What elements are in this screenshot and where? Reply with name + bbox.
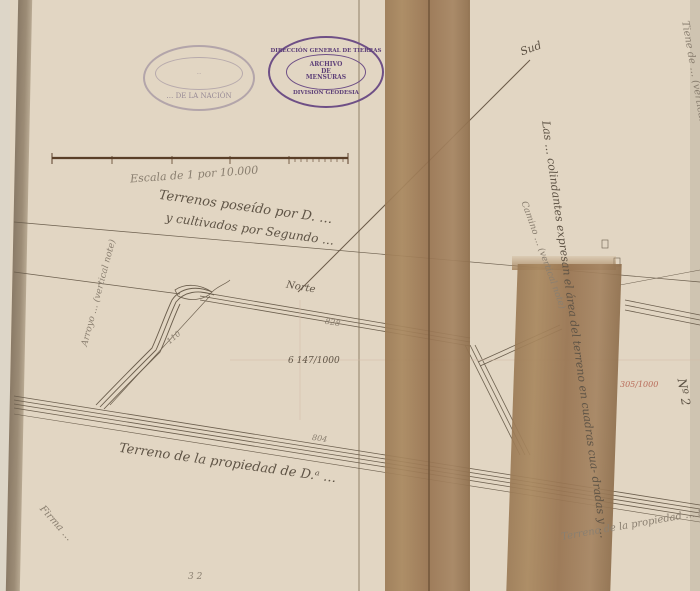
stamp-inner: … [155,57,243,90]
stamp-archivo-mensuras: DIRECCIÓN GENERAL DE TIERRAS ARCHIVO DE … [268,36,384,108]
label-area-right: 305/1000 [620,380,658,389]
scale-bar [52,153,348,164]
stamp-text: … DE LA NACIÓN [166,92,231,100]
stamp-inner: ARCHIVO DE MENSURAS [286,54,366,90]
label-bottom-mark: 3 2 [188,572,202,582]
label-area-main: 6 147/1000 [288,356,340,366]
stamp-bottom-text: DIVISIÓN GEODESIA [293,90,359,96]
stamp-nacion: … … DE LA NACIÓN [143,45,255,111]
tape-seam [428,0,430,591]
label-length-3: 804 [311,433,327,444]
